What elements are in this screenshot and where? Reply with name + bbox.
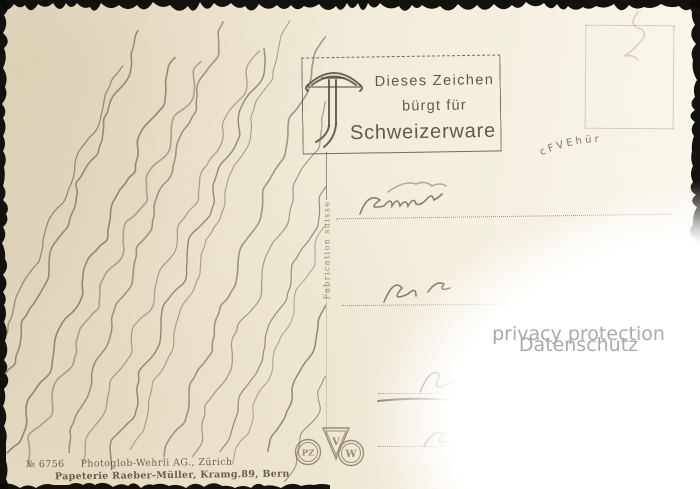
postcard-scan: { "postcard": { "swiss_mark": { "logo_ic… <box>0 0 700 489</box>
privacy-watermark: privacy protection Datenschutz <box>486 325 671 351</box>
deckle-edge <box>0 0 700 489</box>
